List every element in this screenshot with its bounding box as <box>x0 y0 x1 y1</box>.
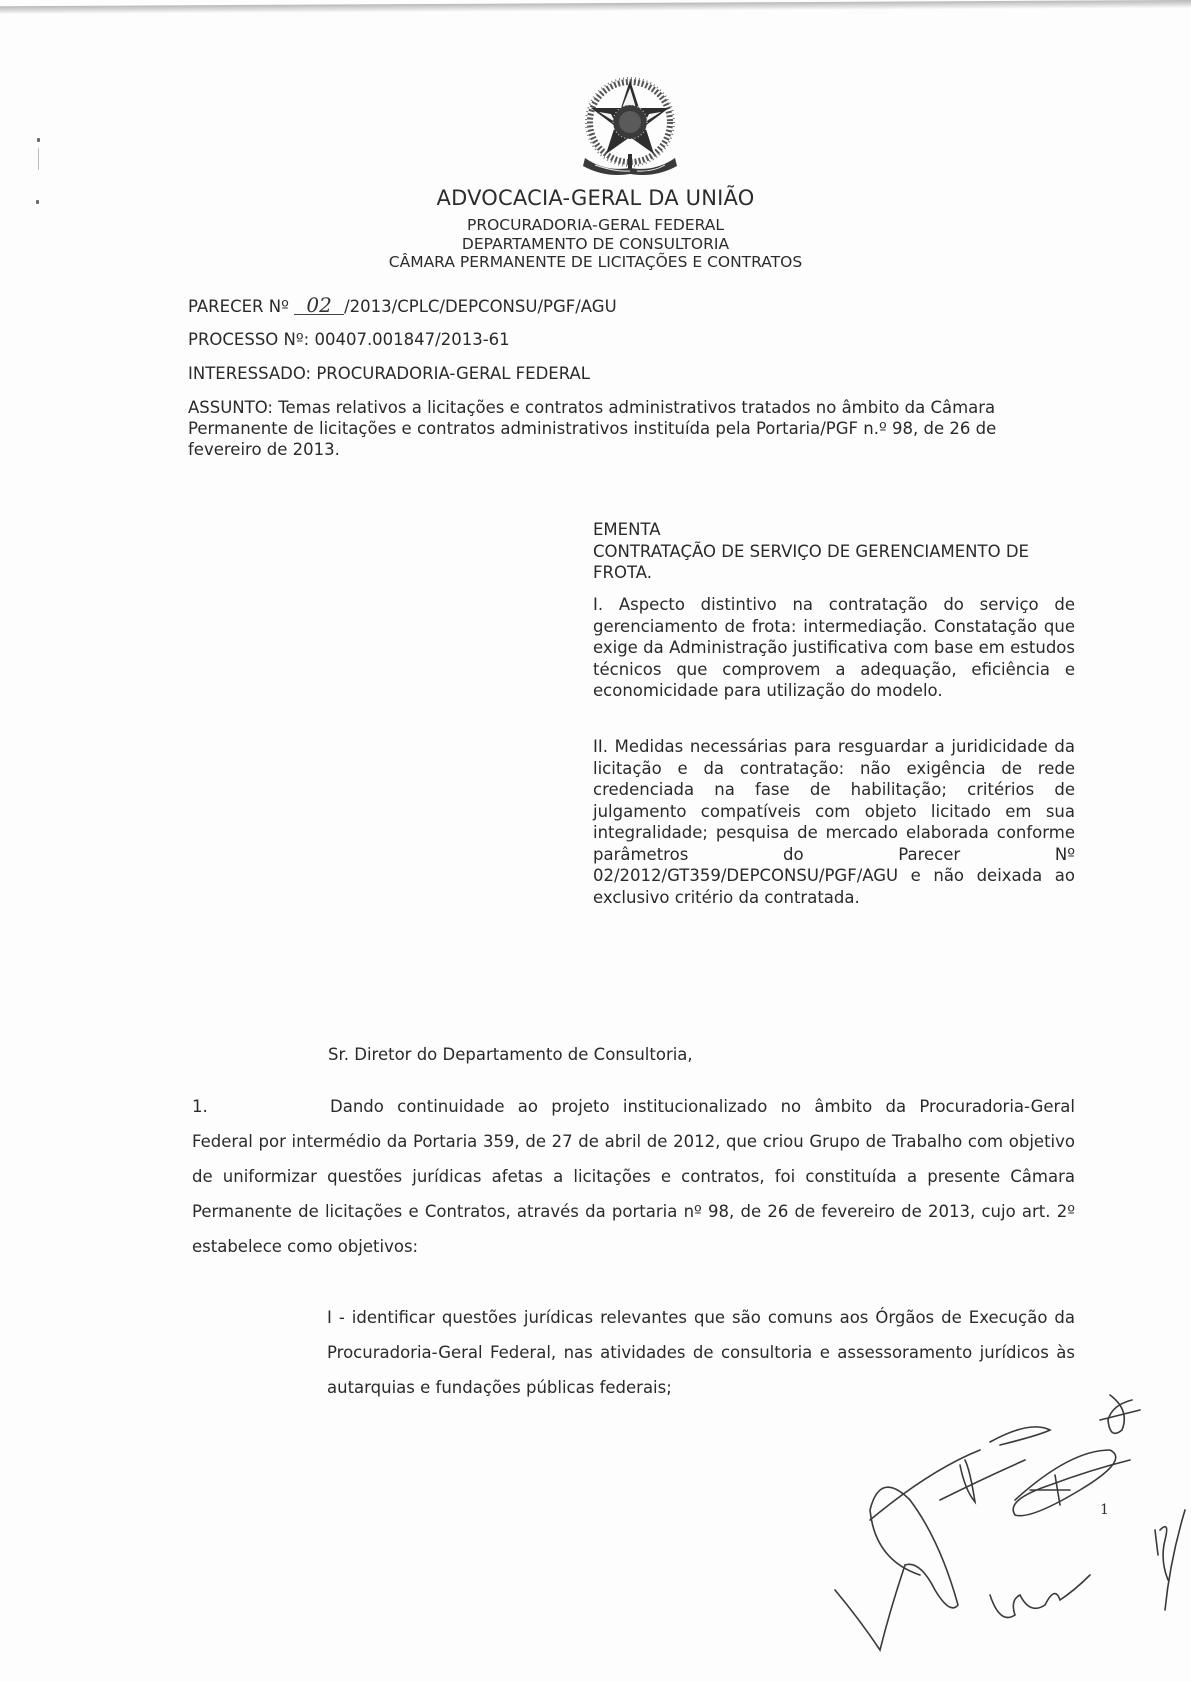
ementa-title: CONTRATAÇÃO DE SERVIÇO DE GERENCIAMENTO … <box>593 541 1075 584</box>
ementa-item-ii-text: II. Medidas necessárias para resguardar … <box>593 736 1075 908</box>
ementa-item-i: I. Aspecto distintivo na contratação do … <box>593 594 1075 702</box>
scan-speck <box>37 138 40 142</box>
ementa-item-i-text: I. Aspecto distintivo na contratação do … <box>593 594 1075 702</box>
interessado: INTERESSADO: PROCURADORIA-GERAL FEDERAL <box>188 364 590 383</box>
parecer-label: PARECER Nº <box>188 297 289 316</box>
salutation: Sr. Diretor do Departamento de Consultor… <box>328 1045 693 1064</box>
organization-subtitle: PROCURADORIA-GERAL FEDERAL <box>0 216 1191 234</box>
chamber-name: CÂMARA PERMANENTE DE LICITAÇÕES E CONTRA… <box>0 253 1191 271</box>
paragraph-number: 1. <box>192 1089 330 1124</box>
department-name: DEPARTAMENTO DE CONSULTORIA <box>0 235 1191 253</box>
ementa-heading: EMENTA CONTRATAÇÃO DE SERVIÇO DE GERENCI… <box>593 519 1075 584</box>
organization-name: ADVOCACIA-GERAL DA UNIÃO <box>0 186 1191 210</box>
ementa-item-ii: II. Medidas necessárias para resguardar … <box>593 736 1075 908</box>
processo-number: PROCESSO Nº: 00407.001847/2013-61 <box>188 330 510 349</box>
scan-speck <box>38 148 39 170</box>
ementa-label: EMENTA <box>593 519 1075 541</box>
scan-edge-shadow <box>0 0 1191 14</box>
handwritten-parecer-number: 02 <box>294 296 344 315</box>
page-mark: 1 <box>1100 1502 1109 1518</box>
parecer-suffix: /2013/CPLC/DEPCONSU/PGF/AGU <box>344 297 617 316</box>
handwritten-signatures-icon: 1 <box>810 1390 1191 1682</box>
paragraph-1: 1.Dando continuidade ao projeto instituc… <box>192 1089 1075 1264</box>
parecer-number: PARECER Nº 02/2013/CPLC/DEPCONSU/PGF/AGU <box>188 296 617 316</box>
assunto: ASSUNTO: Temas relativos a licitações e … <box>188 397 1068 460</box>
brazil-coat-of-arms-icon <box>575 72 685 184</box>
